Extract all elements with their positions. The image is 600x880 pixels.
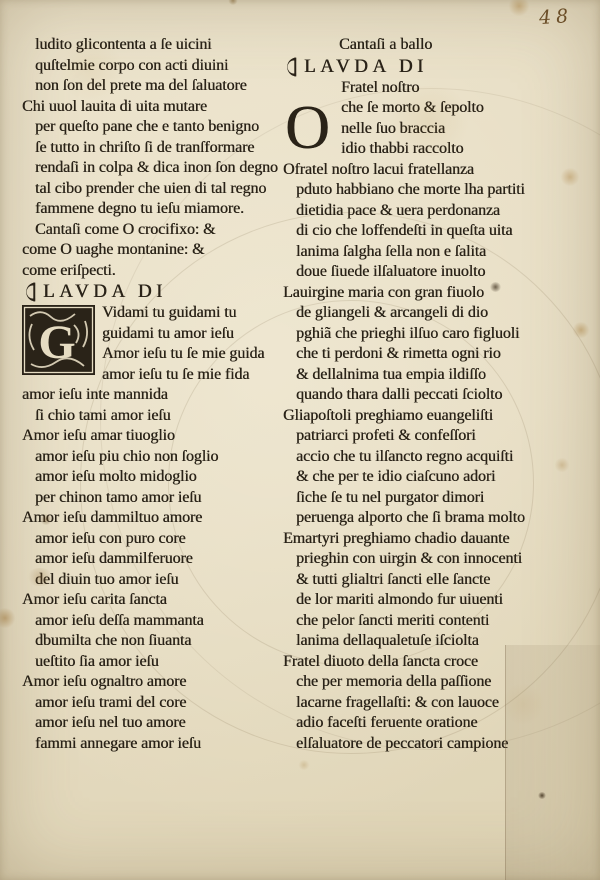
text-line: pghiã che prieghi ilſuo caro figluoli (283, 324, 577, 345)
text-line: amor ieſu inte mannida (22, 385, 284, 406)
stanza: Gliapoſtoli preghiamo euangeliſtipatriar… (283, 406, 577, 529)
text-line: patriarci profeti & confeſſori (283, 426, 577, 447)
text-line: peruenga alporto che ſi brama molto (283, 508, 577, 529)
heading-text: LAVDA DI (304, 56, 428, 78)
text-line: Chi uuol lauita di uita mutare (22, 97, 284, 118)
stanza: Emartyri preghiamo chadio dauanteprieghi… (283, 529, 577, 652)
text-line: Amor ieſu carita ſancta (22, 590, 284, 611)
text-line: amor ieſu deſſa mammanta (22, 611, 284, 632)
text-line: amor ieſu molto midoglio (22, 467, 284, 488)
stanza: Amor ieſu carita ſanctaamor ieſu deſſa m… (22, 590, 284, 672)
text-line: fammene degno tu ieſu miamore. (22, 199, 284, 220)
text-line: Amor ieſu ognaltro amore (22, 672, 284, 693)
text-line: di cio che loffendeſti in queſta uita (283, 221, 577, 242)
stain (228, 0, 238, 5)
stanza: Ofratel noſtro lacui fratellanzapduto ha… (283, 160, 577, 283)
text-line: amor ieſu trami del core (22, 693, 284, 714)
text-line: per queſto pane che e tanto benigno (22, 117, 284, 138)
text-line: fammi annegare amor ieſu (22, 734, 284, 755)
pilcrow-icon (22, 282, 36, 302)
text-line: che pelor ſancti meriti contenti (283, 611, 577, 632)
text-line: pduto habbiano che morte lha partiti (283, 180, 577, 201)
decorated-initial-letter: G (22, 305, 95, 375)
stanza-caption: Cantaſi a ballo (283, 35, 577, 56)
text-line: Amor ieſu dammiltuo amore (22, 508, 284, 529)
stanza: Amor ieſu dammiltuo amoreamor ieſu con p… (22, 508, 284, 590)
underlying-page-edge (505, 645, 600, 880)
text-line: per chinon tamo amor ieſu (22, 488, 284, 509)
text-line: Amor ieſu amar tiuoglio (22, 426, 284, 447)
stain (508, 0, 530, 16)
text-line: dbumilta che non ſiuanta (22, 631, 284, 652)
book-page-scan: ludito glicontenta a ſe uiciniquſtelmie … (0, 0, 600, 880)
text-line: tal cibo prender che uien di tal regno (22, 179, 284, 200)
text-line: come eriſpecti. (22, 261, 284, 282)
text-line: amor ieſu con puro core (22, 529, 284, 550)
text-line: de lor mariti almondo fur uiuenti (283, 590, 577, 611)
svg-text:G: G (38, 316, 75, 369)
stanza: Cantaſi come O crocifixo: &come O uaghe … (22, 220, 284, 282)
text-line: come O uaghe montanine: & (22, 240, 284, 261)
text-line: ſiche ſe tu nel purgator dimori (283, 488, 577, 509)
text-line: Gliapoſtoli preghiamo euangeliſti (283, 406, 577, 427)
text-line: del diuin tuo amor ieſu (22, 570, 284, 591)
left-text-column: ludito glicontenta a ſe uiciniquſtelmie … (22, 35, 284, 754)
text-line: doue ſiuede ilſaluatore inuolto (283, 262, 577, 283)
text-line: prieghin con uirgin & con innocenti (283, 549, 577, 570)
text-line: Ofratel noſtro lacui fratellanza (283, 160, 577, 181)
stanza: Chi uuol lauita di uita mutareper queſto… (22, 97, 284, 220)
text-line: ludito glicontenta a ſe uicini (22, 35, 284, 56)
text-line: & che per te idio ciaſcuno adori (283, 467, 577, 488)
stanza: Amor ieſu amar tiuoglioamor ieſu piu chi… (22, 426, 284, 508)
stanza: OFratel noſtroche ſe morto & ſepoltonell… (283, 78, 577, 160)
large-initial-letter: O (285, 99, 330, 157)
stain (298, 760, 310, 770)
text-line: & dellalnima tua empia ildiſſo (283, 365, 577, 386)
text-line: Emartyri preghiamo chadio dauante (283, 529, 577, 550)
text-line: Lauirgine maria con gran fiuolo (283, 283, 577, 304)
text-line: accio che tu ilſancto regno acquiſti (283, 447, 577, 468)
section-heading: LAVDA DI (283, 56, 577, 78)
pilcrow-icon (283, 57, 297, 77)
text-line: quſtelmie corpo con acti diuini (22, 56, 284, 77)
text-line: non ſon del prete ma del ſaluatore (22, 76, 284, 97)
section-heading: LAVDA DI (22, 281, 284, 303)
text-line: ueſtito ſia amor ieſu (22, 652, 284, 673)
stanza: ludito glicontenta a ſe uiciniquſtelmie … (22, 35, 284, 97)
text-line: quando thara dalli peccati ſciolto (283, 385, 577, 406)
text-line: ſi chio tami amor ieſu (22, 406, 284, 427)
stanza: Lauirgine maria con gran fiuolode gliang… (283, 283, 577, 406)
heading-text: LAVDA DI (43, 281, 167, 303)
text-line: amor ieſu dammilferuore (22, 549, 284, 570)
text-line: Cantaſi come O crocifixo: & (22, 220, 284, 241)
text-line: ſe tutto in chriſto ſi de tranſformare (22, 138, 284, 159)
text-line: lanima ſalgha ſella non e ſalita (283, 242, 577, 263)
text-line: amor ieſu nel tuo amore (22, 713, 284, 734)
folio-number: 48 (538, 5, 574, 29)
stanza: GVidami tu guidami tuguidami tu amor ieſ… (22, 303, 284, 426)
text-line: amor ieſu piu chio non ſoglio (22, 447, 284, 468)
text-line: & tutti glialtri ſancti elle ſancte (283, 570, 577, 591)
text-line: che ti perdoni & rimetta ogni rio (283, 344, 577, 365)
stain (0, 608, 16, 628)
text-line: rendaſi in colpa & dica inon ſon degno (22, 158, 284, 179)
stanza: Amor ieſu ognaltro amoreamor ieſu trami … (22, 672, 284, 754)
text-line: de gliangeli & arcangeli di dio (283, 303, 577, 324)
text-line: dietidia pace & uera perdonanza (283, 201, 577, 222)
